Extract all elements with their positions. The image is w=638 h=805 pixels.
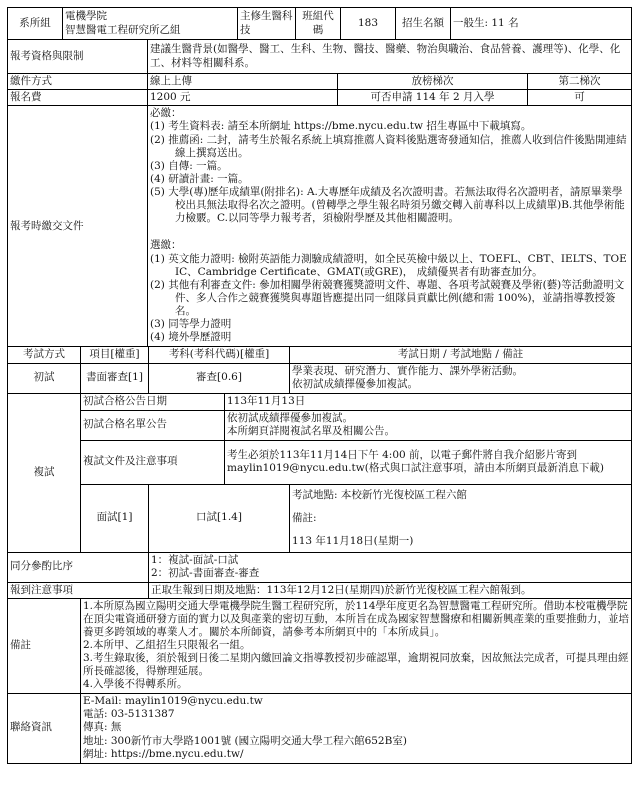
exam-remark: 備註:: [292, 512, 629, 525]
announce-date-value: 113年11月13日: [225, 393, 632, 410]
optional-item: (3) 同等學力證明: [150, 318, 629, 331]
optional-item: (2) 其他有利審查文件: 參加相關學術競賽獲獎證明文件、專題、各項考試競賽及學…: [150, 279, 629, 318]
announce-list-line: 依初試成績擇優參加複試。: [227, 412, 629, 425]
contact-email[interactable]: E-Mail: maylin1019@nycu.edu.tw: [83, 695, 629, 708]
admission-info-document: 系所組 電機學院 智慧醫電工程研究所乙組 主修生醫科技 班組代碼 183 招生名…: [7, 7, 631, 764]
remarks-table: 備註 1.本所原為國立陽明交通大學電機學院生醫工程研究所，於114學年度更名為智…: [7, 598, 632, 764]
remarks-label: 備註: [8, 598, 81, 693]
class-code-label: 班組代碼: [296, 8, 341, 40]
dept-label: 系所組: [8, 8, 63, 40]
header-table: 系所組 電機學院 智慧醫電工程研究所乙組 主修生醫科技 班組代碼 183 招生名…: [7, 7, 632, 40]
feb-entry-value: 可: [528, 90, 632, 106]
tiebreak-label: 同分參酌比序: [8, 552, 149, 582]
tiebreak-line: 2：初試-書面審查-審查: [151, 567, 629, 580]
first-round-note: 依初試成績擇優參加複試。: [292, 378, 629, 391]
first-round-notes: 學業表現、研究潛力、實作能力、課外學術活動。 依初試成績擇優參加複試。: [290, 363, 632, 393]
second-round-details: 考試地點: 本校新竹光復校區工程六館 備註: 113 年11月18日(星期一): [290, 484, 632, 552]
tiebreak-line: 1：複試-面試-口試: [151, 554, 629, 567]
remarks-content: 1.本所原為國立陽明交通大學電機學院生醫工程研究所，於114學年度更名為智慧醫電…: [81, 598, 632, 693]
contact-website[interactable]: 網址: https://bme.nycu.edu.tw/: [83, 748, 629, 761]
documents-content: 必繳： (1) 考生資料表: 請至本所網址 https://bme.nycu.e…: [148, 106, 632, 347]
remark-line: 2.本所甲、乙組招生只限報名一組。: [83, 639, 629, 652]
contact-content: E-Mail: maylin1019@nycu.edu.tw 電話: 03-51…: [81, 693, 632, 763]
first-round-note: 學業表現、研究潛力、實作能力、課外學術活動。: [292, 365, 629, 378]
quota-value: 一般生: 11 名: [451, 8, 632, 40]
required-item: (3) 自傳: 一篇。: [150, 160, 629, 173]
required-item: (2) 推薦函: 二封，請考生於報名系統上填寫推薦人資料後點選寄發通知信，推薦人…: [150, 134, 629, 160]
first-round-item: 書面審查[1]: [81, 363, 149, 393]
second-round-docs-line: 考生必須於113年11月14日下午 4:00 前，以電子郵件將自我介紹影片寄到: [227, 449, 629, 462]
second-round-label: 複試: [8, 393, 81, 552]
remark-line: 4.入學後不得轉系所。: [83, 678, 629, 691]
required-heading: 必繳：: [150, 107, 629, 120]
second-round-docs-value: 考生必須於113年11月14日下午 4:00 前，以電子郵件將自我介紹影片寄到 …: [225, 440, 632, 484]
optional-item: (1) 英文能力證明: 檢附英語能力測驗成績證明，如全民英檢中級以上、TOEFL…: [150, 253, 629, 279]
contact-label: 聯絡資訊: [8, 693, 81, 763]
fee-value: 1200 元: [148, 90, 338, 106]
first-round-subject: 審查[0.6]: [149, 363, 290, 393]
second-round-subject: 口試[1.4]: [149, 484, 290, 552]
exam-header-notes: 考試日期 / 考試地點 / 備註: [290, 347, 632, 363]
submission-method-value: 線上上傳: [148, 74, 338, 90]
registration-text: 正取生報到日期及地點：113年12月12日(星期四)於新竹光復校區工程六館報到。: [149, 582, 632, 598]
optional-item: (4) 境外學歷證明: [150, 331, 629, 344]
class-code-value: 183: [341, 8, 396, 40]
fee-label: 報名費: [8, 90, 148, 106]
exam-header-item: 項目[權重]: [81, 347, 149, 363]
second-round-docs-label: 複試文件及注意事項: [81, 440, 225, 484]
ranking-label: 放榜梯次: [338, 74, 528, 90]
optional-heading: 選繳：: [150, 239, 629, 252]
remark-line: 1.本所原為國立陽明交通大學電機學院生醫工程研究所，於114學年度更名為智慧醫電…: [83, 600, 629, 639]
required-item: (1) 考生資料表: 請至本所網址 https://bme.nycu.edu.t…: [150, 120, 629, 133]
exam-table: 考試方式 項目[權重] 考科(考科代碼)[權重] 考試日期 / 考試地點 / 備…: [7, 346, 632, 552]
announce-list-label: 初試合格名單公告: [81, 410, 225, 440]
feb-entry-label: 可否申請 114 年 2 月入學: [338, 90, 528, 106]
exam-location: 考試地點: 本校新竹光復校區工程六館: [292, 489, 629, 502]
second-round-docs-line: maylin1019@nycu.edu.tw(格式與口試注意事項，請由本所網頁最…: [227, 462, 629, 475]
eligibility-label: 報考資格與限制: [8, 40, 148, 74]
exam-header-method: 考試方式: [8, 347, 81, 363]
exam-date: 113 年11月18日(星期一): [292, 535, 629, 548]
submission-method-label: 繳件方式: [8, 74, 148, 90]
documents-label: 報考時繳交文件: [8, 106, 148, 347]
announce-date-label: 初試合格公告日期: [81, 393, 225, 410]
second-round-item: 面試[1]: [81, 484, 149, 552]
contact-phone: 電話: 03-5131387: [83, 708, 629, 721]
dept-value: 電機學院 智慧醫電工程研究所乙組: [63, 8, 238, 40]
remark-line: 3.考生錄取後，須於報到日後二星期內繳回論文指導教授初步確認單，逾期視同放棄，因…: [83, 652, 629, 678]
registration-label: 報到注意事項: [8, 582, 149, 598]
major-label: 主修生醫科技: [238, 8, 296, 40]
institute-name: 智慧醫電工程研究所乙組: [65, 24, 235, 37]
contact-address: 地址: 300新竹市大學路1001號 (國立陽明交通大學工程六館652B室): [83, 735, 629, 748]
ranking-value: 第二梯次: [528, 74, 632, 90]
college-name: 電機學院: [65, 10, 235, 23]
tiebreak-value: 1：複試-面試-口試 2：初試-書面審查-審查: [149, 552, 632, 582]
required-item: (5) 大學(專)歷年成績單(附排名): A.大專歷年成績及名次證明書。若無法取…: [150, 186, 629, 225]
contact-fax: 傳真: 無: [83, 721, 629, 734]
eligibility-text: 建議生醫背景(如醫學、醫工、生科、生物、醫技、醫藥、物治與職治、食品營養、護理等…: [148, 40, 632, 74]
announce-list-value: 依初試成績擇優參加複試。 本所網頁詳閱複試名單及相關公告。: [225, 410, 632, 440]
exam-header-subject: 考科(考科代碼)[權重]: [149, 347, 290, 363]
tiebreak-table: 同分參酌比序 1：複試-面試-口試 2：初試-書面審查-審查 報到注意事項 正取…: [7, 552, 632, 599]
announce-list-line: 本所網頁詳閱複試名單及相關公告。: [227, 425, 629, 438]
first-round-label: 初試: [8, 363, 81, 393]
application-table: 報考資格與限制 建議生醫背景(如醫學、醫工、生科、生物、醫技、醫藥、物治與職治、…: [7, 39, 632, 347]
required-item: (4) 研讀計畫: 一篇。: [150, 173, 629, 186]
quota-label: 招生名額: [396, 8, 451, 40]
